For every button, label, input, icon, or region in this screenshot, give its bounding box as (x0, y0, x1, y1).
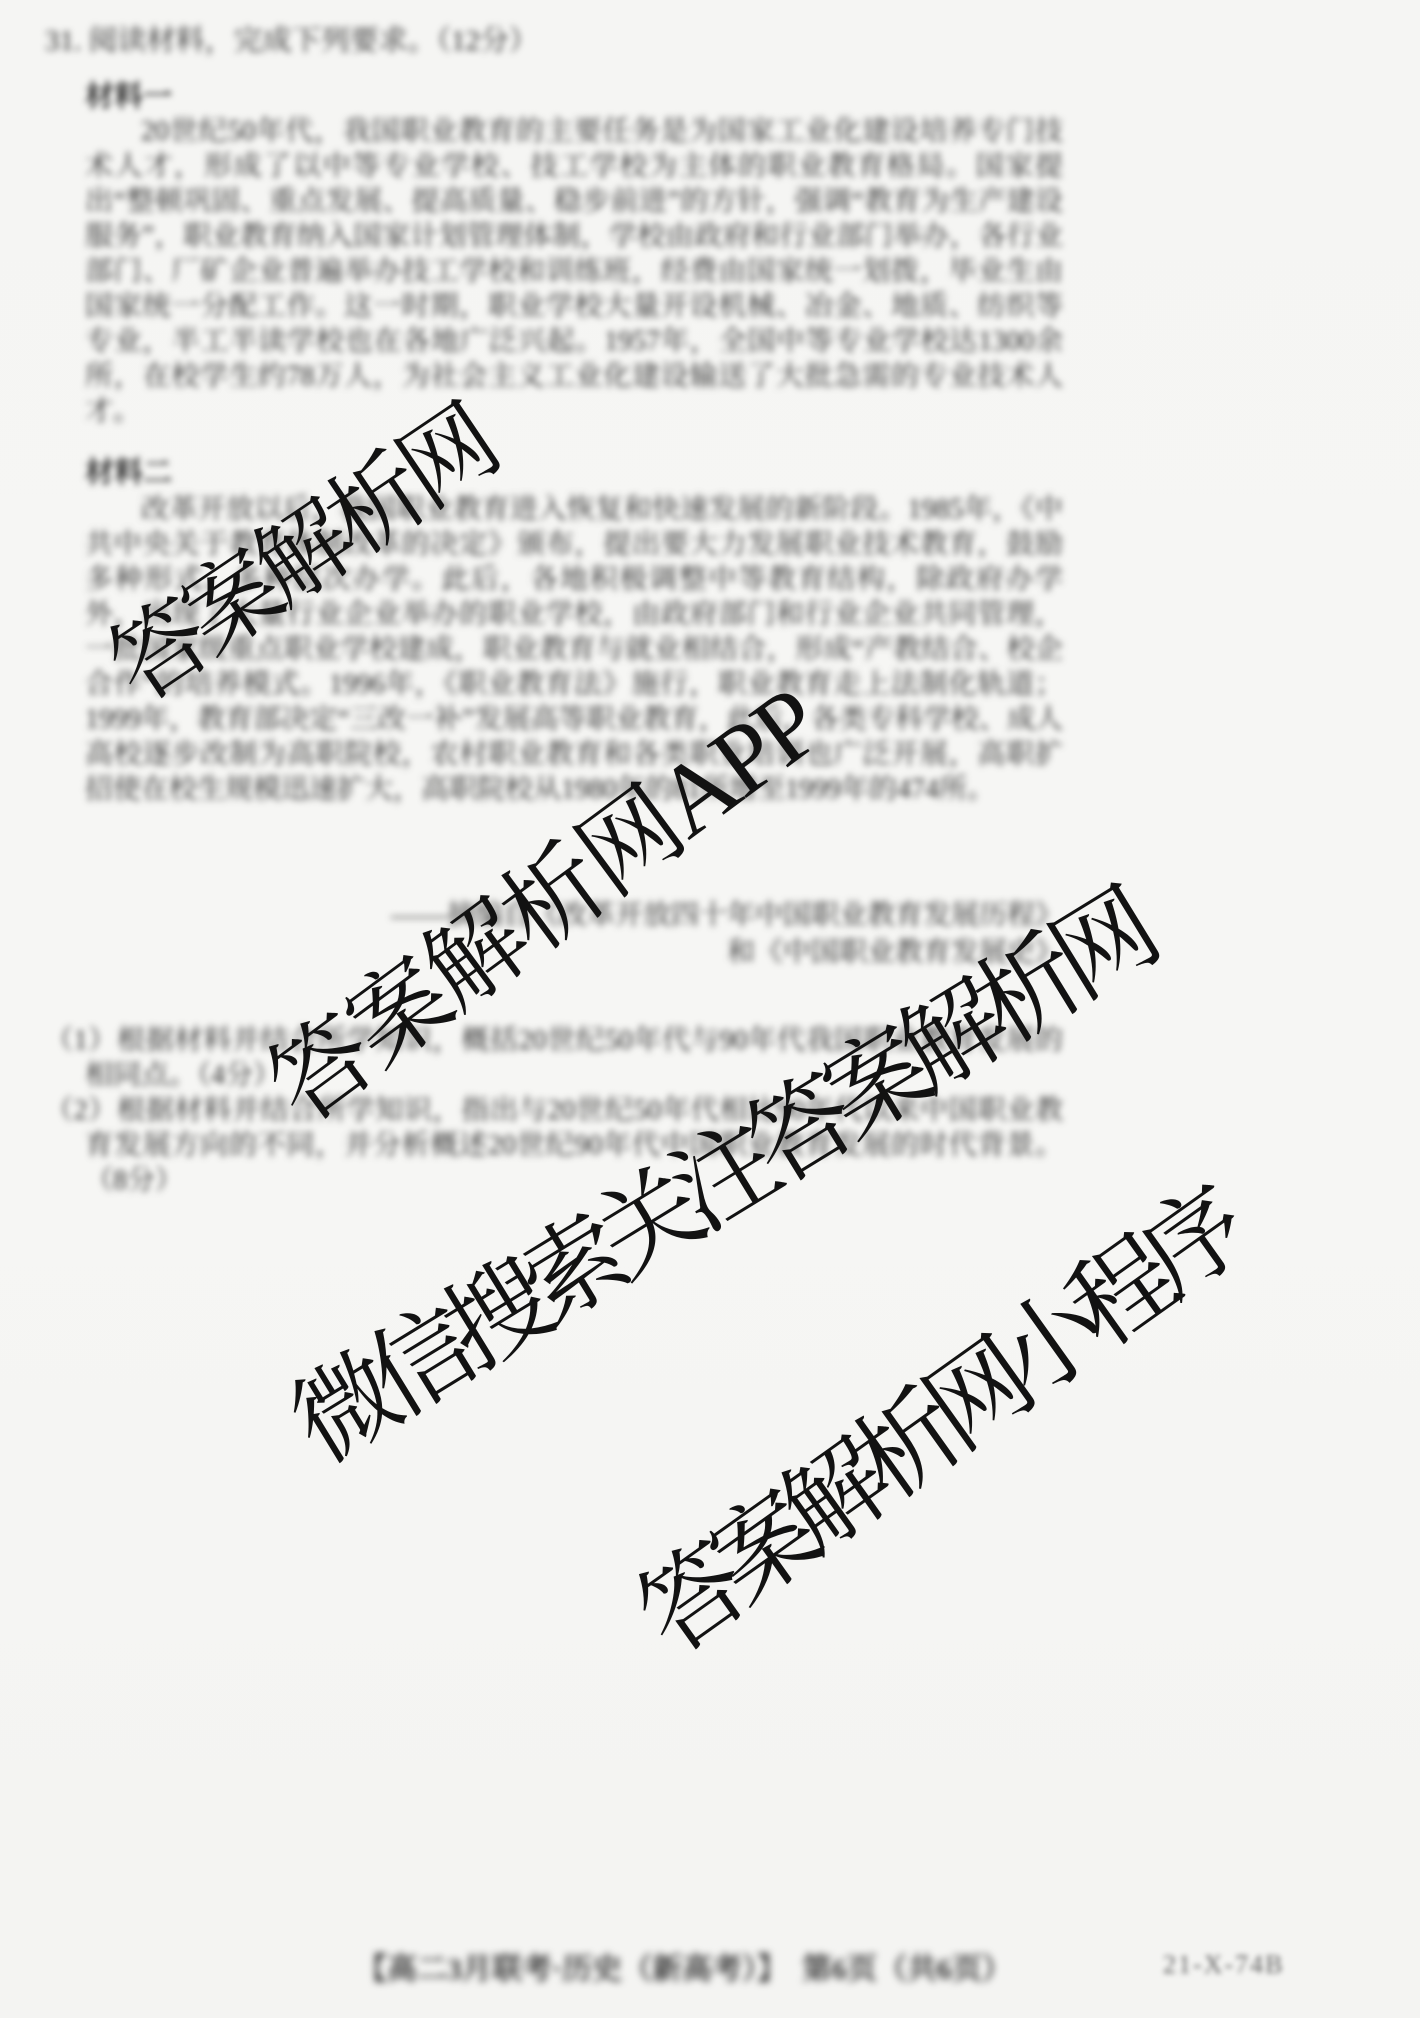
scanned-exam-page: 31. 阅读材料，完成下列要求。（12分） 材料一 20世纪50年代，我国职业教… (0, 0, 1420, 2018)
watermark-answer-site-mini-program: 答案解析网小程序 (623, 1179, 1256, 1672)
footer-exam-title-page-number: 【高二3月联考·历史（新高考）】 第6页（共6页） (357, 1944, 1012, 1988)
footer-exam-code: 21-X-74B (1163, 1950, 1284, 1980)
question-31-header: 31. 阅读材料，完成下列要求。（12分） (45, 24, 538, 59)
material-2-label: 材料二 (85, 450, 172, 491)
material-1-paragraph: 20世纪50年代，我国职业教育的主要任务是为国家工业化建设培养专门技术人才，形成… (85, 114, 1063, 429)
material-1-label: 材料一 (85, 74, 172, 115)
